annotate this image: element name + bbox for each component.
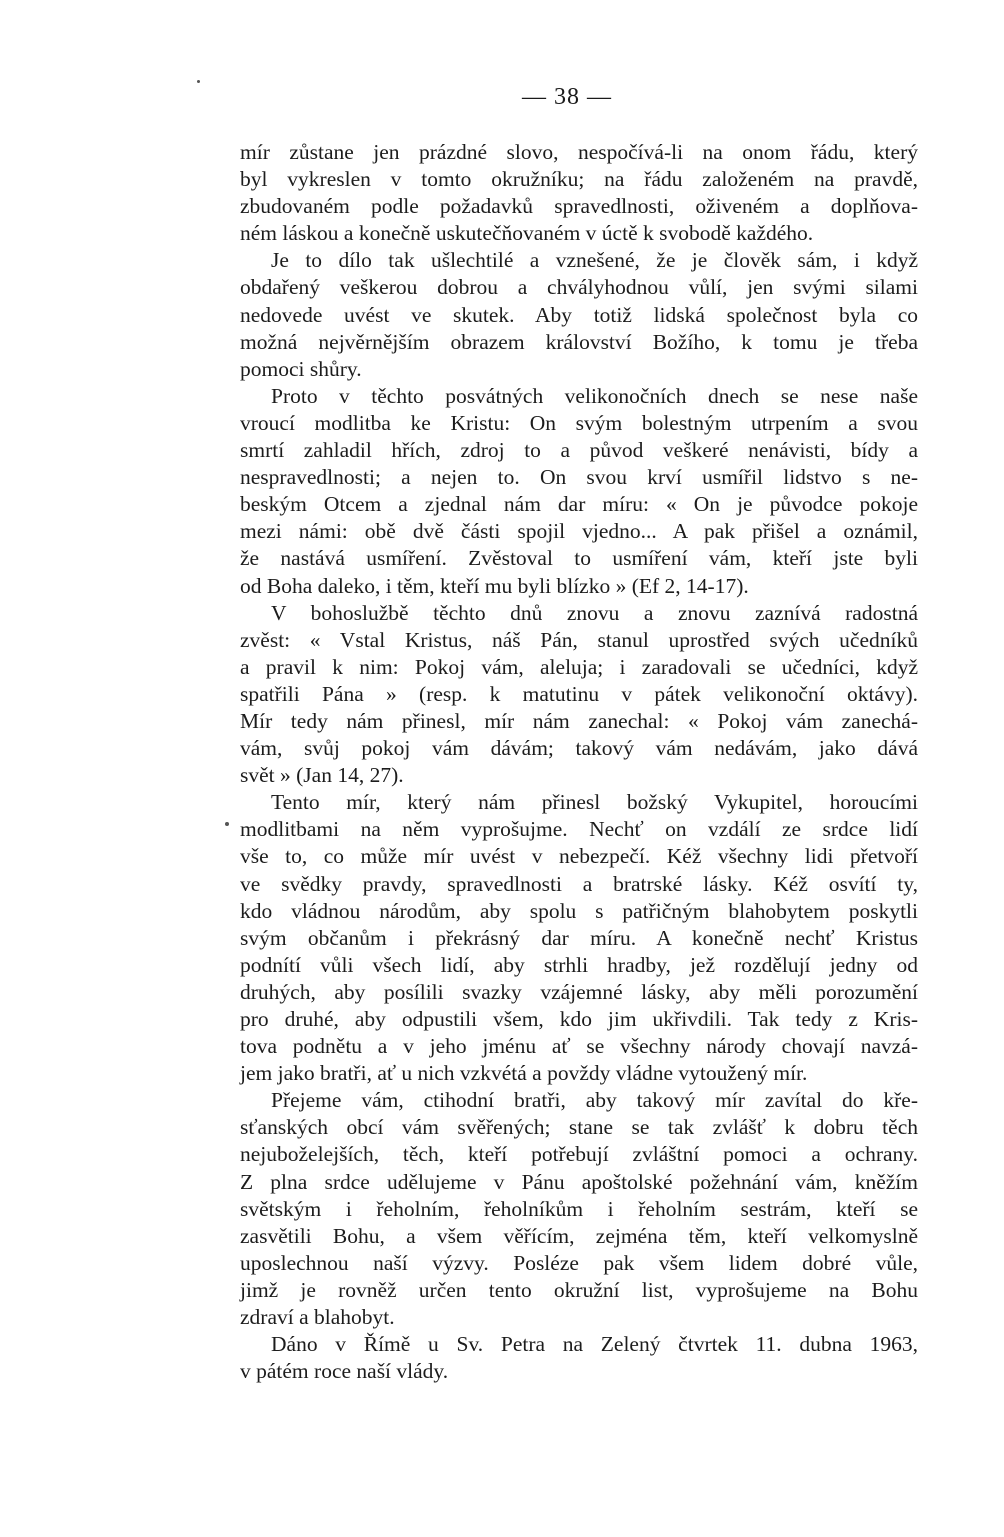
text-line: světským i řeholním, řeholníkům i řeholn…	[240, 1196, 918, 1223]
text-line: Z plna srdce udělujeme v Pánu apoštolské…	[240, 1169, 918, 1196]
text-line: kdo vládnou národům, aby spolu s patřičn…	[240, 898, 918, 925]
text-line: obdařený veškerou dobrou a chvályhodnou …	[240, 274, 918, 301]
text-line: ve svědky pravdy, spravedlnosti a bratrs…	[240, 871, 918, 898]
paragraph: V bohoslužbě těchto dnů znovu a znovu za…	[240, 600, 918, 790]
paragraph: Je to dílo tak ušlechtilé a vznešené, že…	[240, 247, 918, 382]
scan-speck	[225, 822, 229, 826]
paragraph: mír zůstane jen prázdné slovo, nespočívá…	[240, 139, 918, 247]
text-line: vše to, co může mír uvést v nebezpečí. K…	[240, 843, 918, 870]
text-line: zbudovaném podle požadavků spravedlnosti…	[240, 193, 918, 220]
text-line: V bohoslužbě těchto dnů znovu a znovu za…	[240, 600, 918, 627]
text-line: mír zůstane jen prázdné slovo, nespočívá…	[240, 139, 918, 166]
text-line: zasvětili Bohu, a všem věřícím, zejména …	[240, 1223, 918, 1250]
text-line: ném láskou a konečně uskutečňovaném v úc…	[240, 220, 918, 247]
text-line: byl vykreslen v tomto okružníku; na řádu…	[240, 166, 918, 193]
document-page: — 38 — mír zůstane jen prázdné slovo, ne…	[0, 0, 1004, 1537]
text-line: Proto v těchto posvátných velikonočních …	[240, 383, 918, 410]
text-line: Přejeme vám, ctihodní bratři, aby takový…	[240, 1087, 918, 1114]
text-line: zdraví a blahobyt.	[240, 1304, 918, 1331]
text-line: vroucí modlitba ke Kristu: On svým boles…	[240, 410, 918, 437]
text-line: pro druhé, aby odpustili všem, kdo jim u…	[240, 1006, 918, 1033]
text-line: možná nejvěrnějším obrazem království Bo…	[240, 329, 918, 356]
text-line: tova podnětu a v jeho jménu ať se všechn…	[240, 1033, 918, 1060]
text-line: beským Otcem a zjednal nám dar míru: « O…	[240, 491, 918, 518]
text-line: od Boha daleko, i těm, kteří mu byli blí…	[240, 573, 918, 600]
text-line: zvěst: « Vstal Kristus, náš Pán, stanul …	[240, 627, 918, 654]
text-line: Je to dílo tak ušlechtilé a vznešené, že…	[240, 247, 918, 274]
text-line: v pátém roce naší vlády.	[240, 1358, 918, 1385]
text-line: podnítí vůli všech lidí, aby strhli hrad…	[240, 952, 918, 979]
text-line: svět » (Jan 14, 27).	[240, 762, 918, 789]
text-line: jem jako bratři, ať u nich vzkvétá a pov…	[240, 1060, 918, 1087]
text-line: svým občanům i překrásný dar míru. A kon…	[240, 925, 918, 952]
text-line: vám, svůj pokoj vám dávám; takový vám ne…	[240, 735, 918, 762]
text-line: druhých, aby posílili svazky vzájemné lá…	[240, 979, 918, 1006]
text-line: Dáno v Římě u Sv. Petra na Zelený čtvrte…	[240, 1331, 918, 1358]
text-line: mezi námi: obě dvě části spojil vjedno..…	[240, 518, 918, 545]
text-line: nedovede uvést ve skutek. Aby totiž lids…	[240, 302, 918, 329]
paragraph: Dáno v Římě u Sv. Petra na Zelený čtvrte…	[240, 1331, 918, 1385]
text-line: Mír tedy nám přinesl, mír nám zanechal: …	[240, 708, 918, 735]
text-line: sťanských obcí vám svěřených; stane se t…	[240, 1114, 918, 1141]
paragraph: Proto v těchto posvátných velikonočních …	[240, 383, 918, 600]
text-line: uposlechnou naší výzvy. Posléze pak všem…	[240, 1250, 918, 1277]
text-line: spatřili Pána » (resp. k matutinu v páte…	[240, 681, 918, 708]
text-line: a pravil k nim: Pokoj vám, aleluja; i za…	[240, 654, 918, 681]
scan-speck	[197, 80, 200, 83]
paragraph: Přejeme vám, ctihodní bratři, aby takový…	[240, 1087, 918, 1331]
text-line: smrtí zahladil hřích, zdroj to a původ v…	[240, 437, 918, 464]
text-line: jimž je rovněž určen tento okružní list,…	[240, 1277, 918, 1304]
text-line: pomoci shůry.	[240, 356, 918, 383]
paragraph: Tento mír, který nám přinesl božský Vyku…	[240, 789, 918, 1087]
text-line: Tento mír, který nám přinesl božský Vyku…	[240, 789, 918, 816]
text-line: modlitbami na něm vyprošujme. Nechť on v…	[240, 816, 918, 843]
page-number: — 38 —	[0, 84, 1004, 111]
text-line: nejuboželejších, těch, kteří potřebují z…	[240, 1141, 918, 1168]
text-line: nespravedlnosti; a nejen to. On svou krv…	[240, 464, 918, 491]
text-line: že nastává usmíření. Zvěstoval to usmíře…	[240, 545, 918, 572]
body-text: mír zůstane jen prázdné slovo, nespočívá…	[240, 139, 918, 1385]
